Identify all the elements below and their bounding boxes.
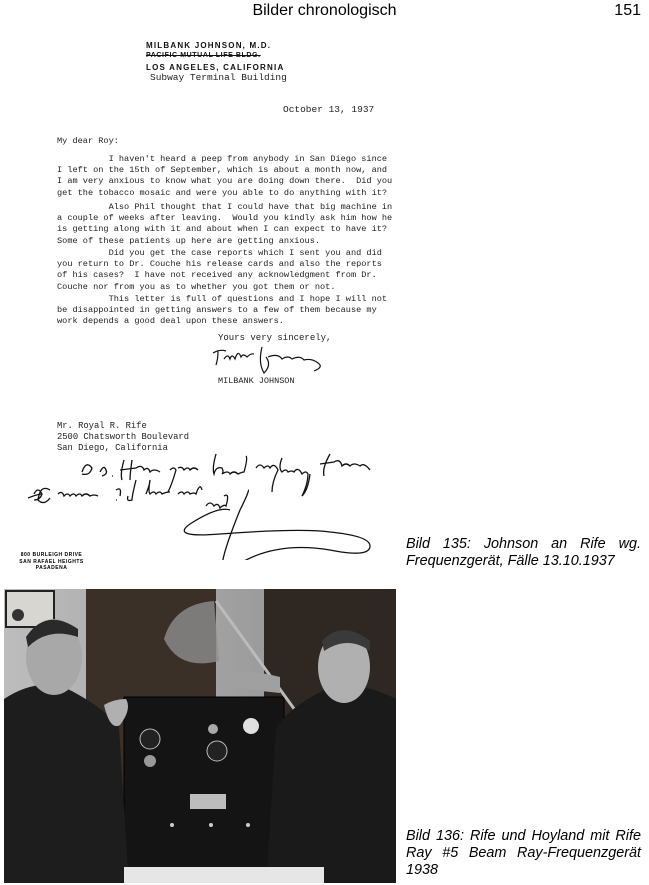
handwritten-postscript: [20, 450, 400, 560]
closing: Yours very sincerely,: [218, 333, 331, 343]
letterhead-struck-line: PACIFIC MUTUAL LIFE BLDG.: [146, 52, 261, 59]
photo-rife-hoyland: [4, 589, 396, 883]
footer-address: 800 BURLEIGH DRIVE SAN RAFAEL HEIGHTS PA…: [4, 552, 99, 572]
photo-illustration: [4, 589, 396, 883]
letterhead-city: LOS ANGELES, CALIFORNIA: [146, 63, 284, 72]
letterhead-name: MILBANK JOHNSON, M.D.: [146, 41, 271, 50]
letter-scan: MILBANK JOHNSON, M.D. PACIFIC MUTUAL LIF…: [0, 30, 400, 578]
paragraph: Also Phil thought that I could have that…: [57, 202, 402, 247]
caption-bild-136: Bild 136: Rife und Hoyland mit Rife Ray …: [406, 828, 641, 879]
salutation: My dear Roy:: [57, 136, 402, 147]
running-title: Bilder chronologisch: [0, 2, 649, 20]
letterhead-typed-address: Subway Terminal Building: [150, 72, 287, 83]
letter-date: October 13, 1937: [283, 104, 374, 115]
page-header: Bilder chronologisch 151: [0, 0, 649, 22]
caption-bild-135: Bild 135: Johnson an Rife wg. Frequenzge…: [406, 536, 641, 570]
paragraph: Did you get the case reports which I sen…: [57, 248, 402, 293]
signature-icon: [210, 345, 335, 377]
signature-name: MILBANK JOHNSON: [218, 376, 295, 386]
paragraph: This letter is full of questions and I h…: [57, 294, 402, 328]
paragraph: I haven't heard a peep from anybody in S…: [57, 154, 402, 199]
page-number: 151: [614, 2, 641, 20]
